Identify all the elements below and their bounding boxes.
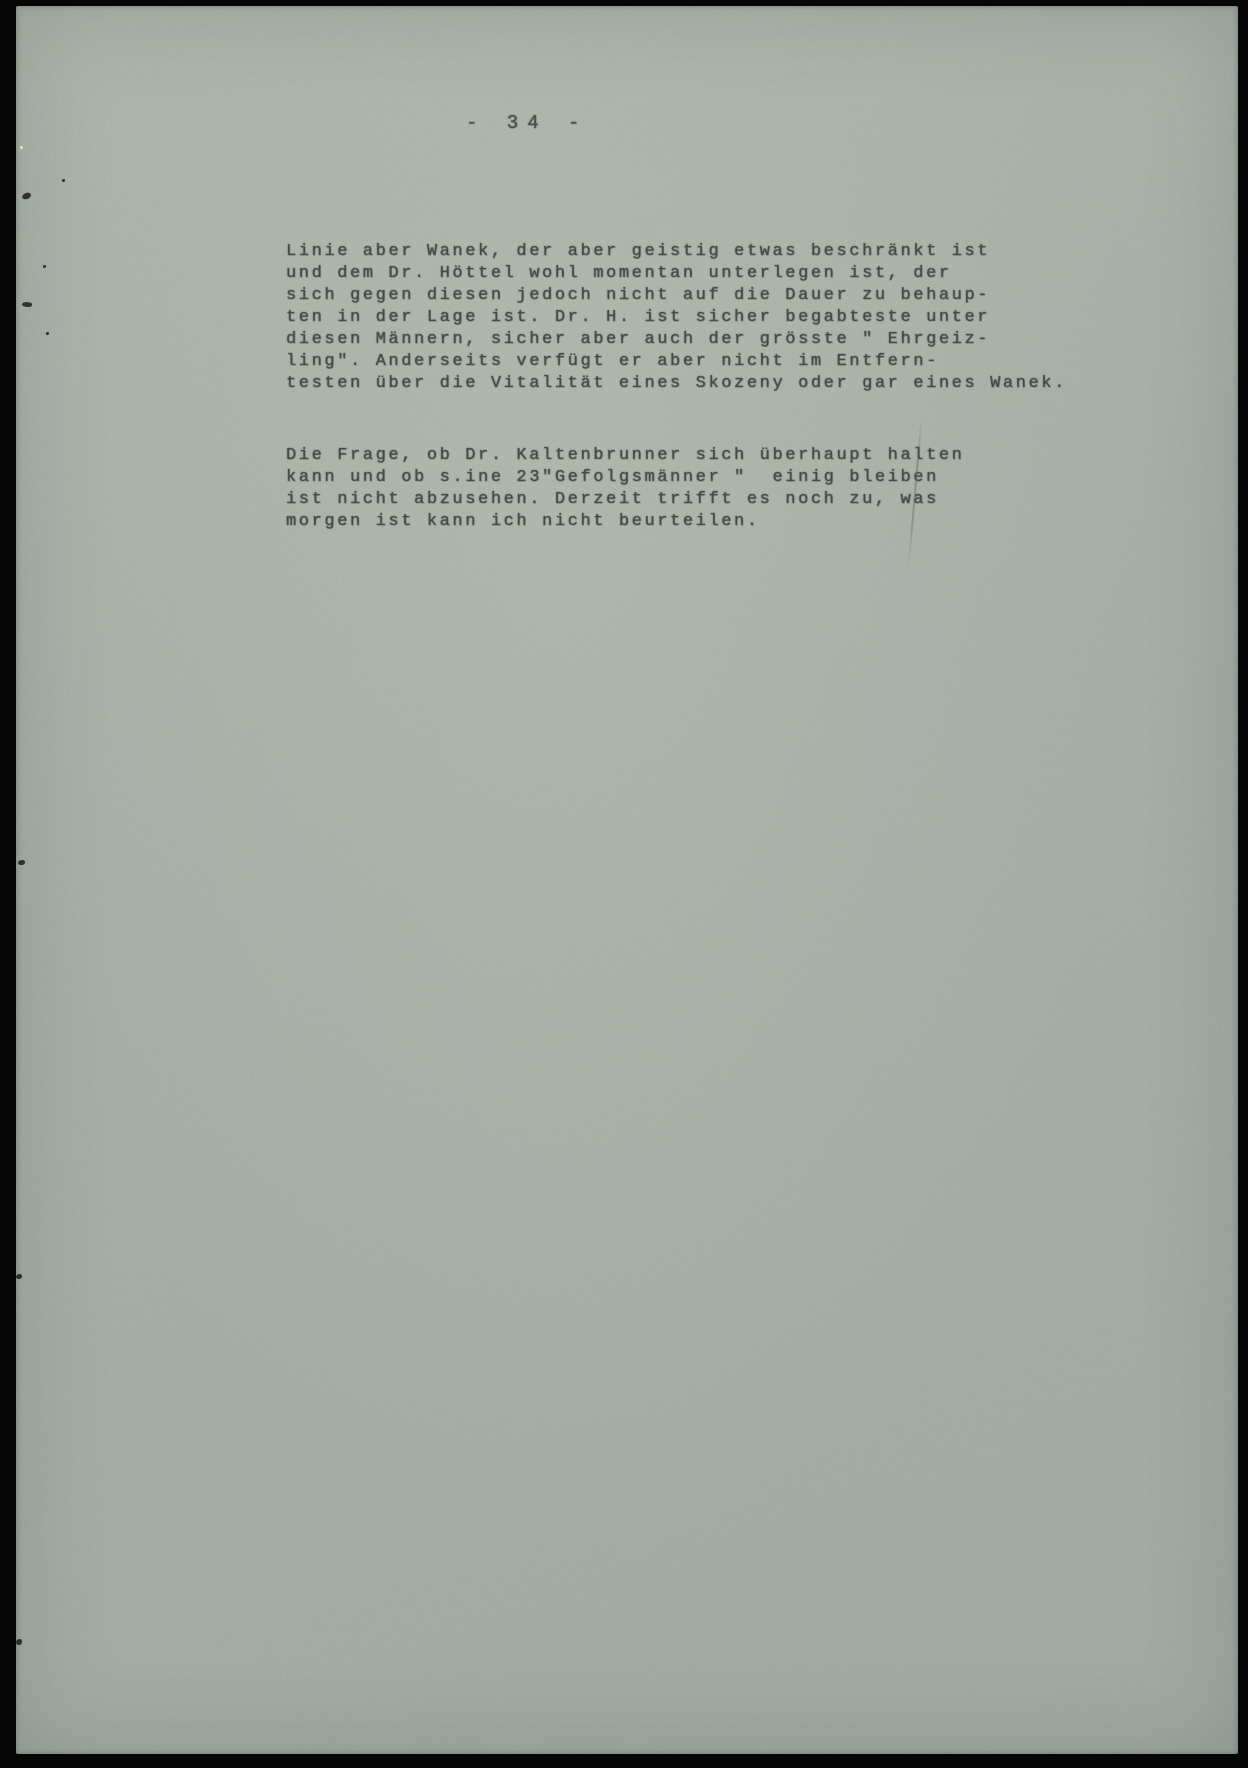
ink-speck (16, 1274, 22, 1279)
text-line: ling". Anderseits verfügt er aber nicht … (286, 351, 1067, 373)
text-line: ist nicht abzusehen. Derzeit trifft es n… (286, 489, 965, 511)
paragraph-2: Die Frage, ob Dr. Kaltenbrunner sich übe… (286, 445, 965, 533)
paragraph-1: Linie aber Wanek, der aber geistig etwas… (286, 241, 1067, 395)
text-line: ten in der Lage ist. Dr. H. ist sicher b… (286, 307, 1067, 329)
ink-speck (18, 860, 25, 865)
text-line: und dem Dr. Höttel wohl momentan unterle… (286, 263, 1067, 285)
document-page: - 34 - Linie aber Wanek, der aber geisti… (16, 6, 1238, 1754)
text-line: sich gegen diesen jedoch nicht auf die D… (286, 285, 1067, 307)
page-number: - 34 - (466, 112, 588, 134)
ink-speck (20, 146, 23, 149)
text-line: morgen ist kann ich nicht beurteilen. (286, 511, 965, 533)
ink-speck (21, 192, 31, 200)
text-line: Die Frage, ob Dr. Kaltenbrunner sich übe… (286, 445, 965, 467)
scanned-document: - 34 - Linie aber Wanek, der aber geisti… (0, 0, 1248, 1768)
ink-speck (62, 179, 65, 182)
text-line: Linie aber Wanek, der aber geistig etwas… (286, 241, 1067, 263)
ink-speck (16, 1639, 22, 1645)
text-line: kann und ob s.ine 23"Gefolgsmänner " ein… (286, 467, 965, 489)
text-line: testen über die Vitalität eines Skozeny … (286, 373, 1067, 395)
ink-speck (46, 332, 49, 335)
ink-speck (43, 265, 46, 268)
ink-speck (22, 301, 33, 308)
text-line: diesen Männern, sicher aber auch der grö… (286, 329, 1067, 351)
